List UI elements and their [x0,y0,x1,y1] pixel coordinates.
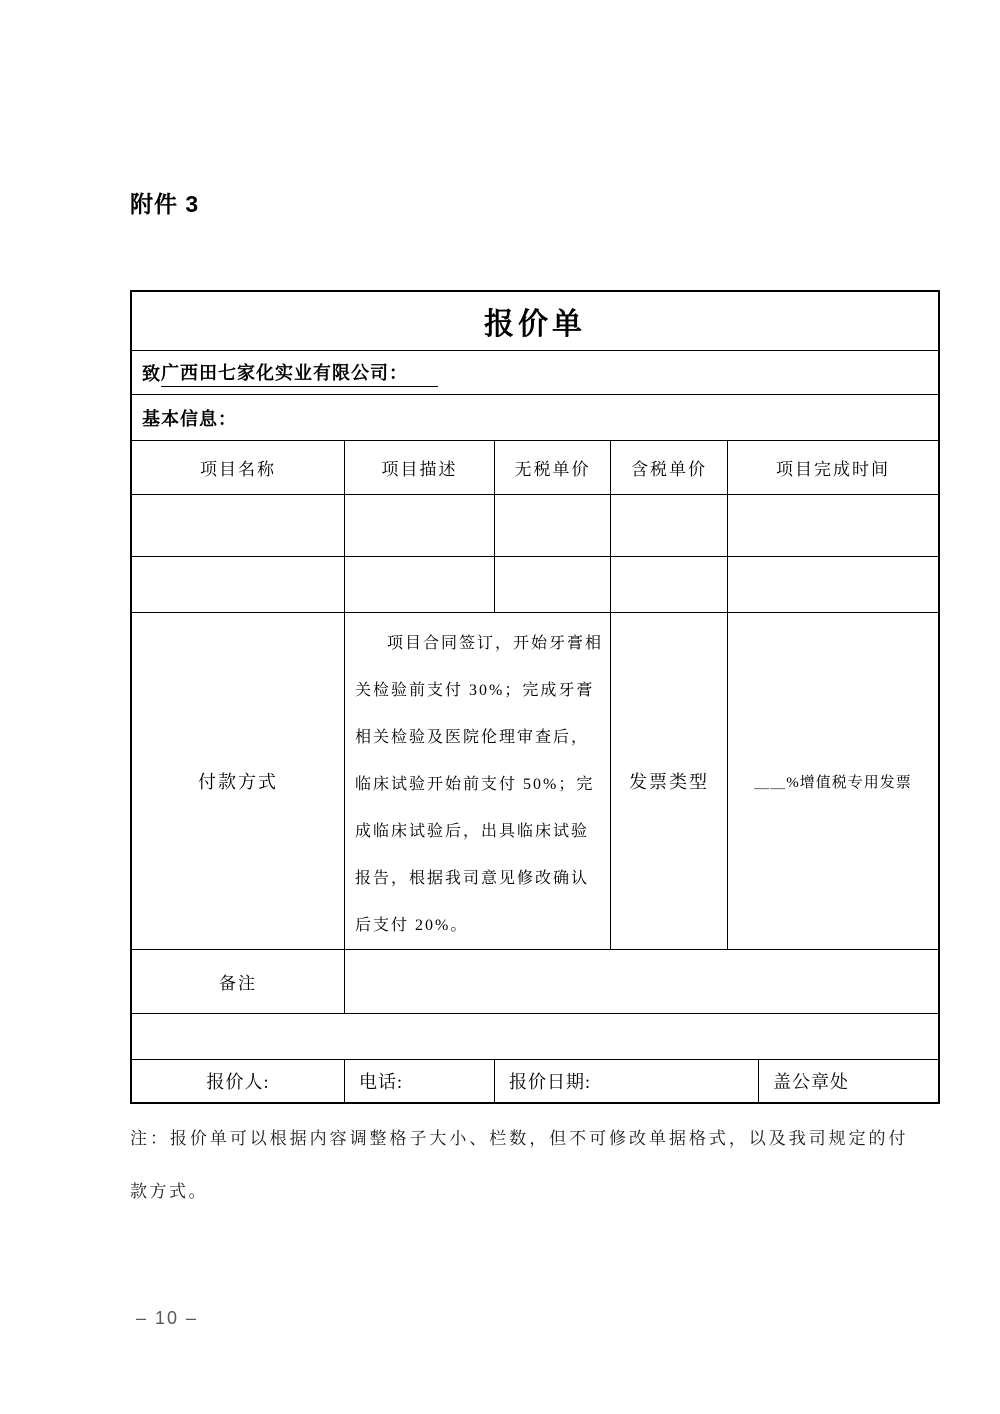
empty-cell [728,557,938,612]
footnote: 注：报价单可以根据内容调整格子大小、栏数，但不可修改单据格式，以及我司规定的付款… [130,1112,908,1218]
empty-cell [132,557,345,612]
header-cell-price-no-tax: 无税单价 [495,441,611,494]
empty-cell [345,557,495,612]
empty-cell [611,495,728,556]
remarks-value-cell [345,950,938,1013]
payment-method-description: 项目合同签订，开始牙膏相关检验前支付 30%；完成牙膏相关检验及医院伦理审查后，… [345,613,611,949]
form-title: 报价单 [484,299,586,343]
page-number: – 10 – [136,1308,198,1329]
empty-cell [132,495,345,556]
empty-cell [728,495,938,556]
empty-cell [495,495,611,556]
quoter-label: 报价人: [132,1060,345,1102]
payment-method-label: 付款方式 [132,613,345,949]
header-cell-project-name: 项目名称 [132,441,345,494]
document-page: 附件 3 报价单 致广西田七家化实业有限公司： 基本信息： 项目名称 项目描述 … [0,0,1000,1414]
title-row: 报价单 [132,292,938,350]
recipient-prefix: 致 [142,360,161,386]
invoice-type-value: ＿＿%增值税专用发票 [728,613,938,949]
header-cell-completion-time: 项目完成时间 [728,441,938,494]
recipient-row: 致广西田七家化实业有限公司： [132,350,938,394]
basic-info-label: 基本信息： [142,405,237,431]
header-cell-project-description: 项目描述 [345,441,495,494]
empty-cell [345,495,495,556]
quote-date-label: 报价日期: [495,1060,759,1102]
quotation-table: 报价单 致广西田七家化实业有限公司： 基本信息： 项目名称 项目描述 无税单价 … [130,290,940,1104]
empty-data-row [132,494,938,556]
header-cell-price-with-tax: 含税单价 [611,441,728,494]
empty-data-row [132,556,938,612]
invoice-type-label: 发票类型 [611,613,728,949]
official-seal-label: 盖公章处 [759,1060,938,1102]
signature-row: 报价人: 电话: 报价日期: 盖公章处 [132,1059,938,1102]
recipient-name: 广西田七家化实业有限公司： [161,359,438,387]
remarks-row: 备注 [132,949,938,1013]
remarks-label: 备注 [132,950,345,1013]
table-header-row: 项目名称 项目描述 无税单价 含税单价 项目完成时间 [132,440,938,494]
empty-cell [611,557,728,612]
phone-label: 电话: [345,1060,495,1102]
empty-cell [495,557,611,612]
payment-method-row: 付款方式 项目合同签订，开始牙膏相关检验前支付 30%；完成牙膏相关检验及医院伦… [132,612,938,949]
attachment-label: 附件 3 [130,186,199,219]
basic-info-row: 基本信息： [132,394,938,440]
empty-full-row [132,1013,938,1059]
